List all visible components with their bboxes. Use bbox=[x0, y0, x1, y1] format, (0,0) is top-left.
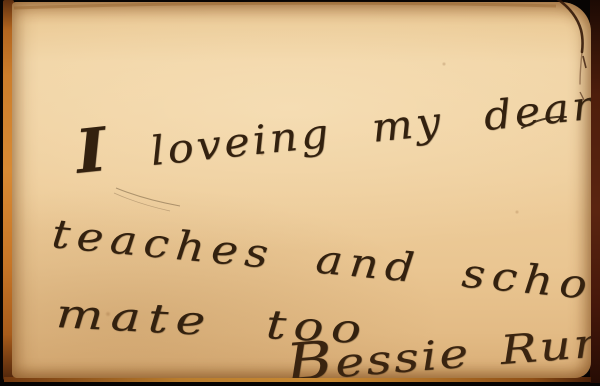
album-page-paper: I loveing my dear teaches and school mat… bbox=[12, 2, 591, 378]
scanned-album-page: I loveing my dear teaches and school mat… bbox=[0, 0, 600, 386]
handwriting-line-1: I loveing my dear bbox=[73, 66, 591, 186]
binding-edge-right bbox=[590, 0, 600, 383]
